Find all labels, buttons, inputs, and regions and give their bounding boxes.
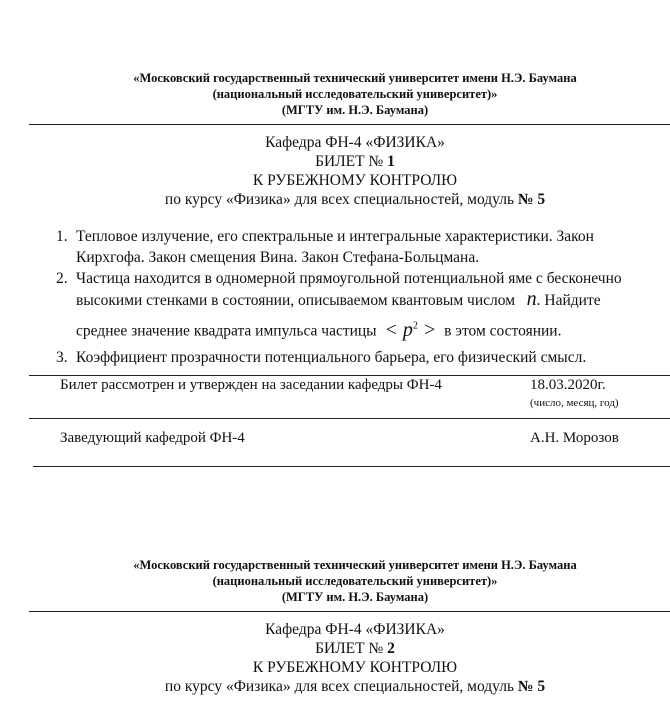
question-text-line: Тепловое излучение, его спектральные и и… — [76, 226, 656, 247]
approval-statement: Билет рассмотрен и утвержден на заседани… — [60, 377, 442, 394]
question-number: 1. — [56, 226, 68, 247]
math-close: > — [418, 319, 437, 341]
head-of-department-title: Заведующий кафедрой ФН-4 — [60, 430, 245, 447]
question-1: 1. Тепловое излучение, его спектральные … — [56, 226, 656, 268]
ticket-prefix: БИЛЕТ № — [315, 153, 387, 170]
course-prefix: по курсу «Физика» для всех специальносте… — [165, 678, 518, 695]
header-divider — [29, 611, 670, 612]
signature-divider — [33, 466, 670, 467]
question-text-line: Коэффициент прозрачности потенциального … — [76, 347, 656, 368]
question-list: 1. Тепловое излучение, его спектральные … — [56, 226, 656, 368]
university-header: «Московский государственный технический … — [0, 70, 670, 118]
question-text-line: среднее значение квадрата импульса части… — [76, 311, 656, 347]
question-3: 3. Коэффициент прозрачности потенциально… — [56, 347, 656, 368]
module-number: № 5 — [518, 191, 545, 208]
question-text-line: высокими стенками в состоянии, описываем… — [76, 289, 656, 311]
math-variable-n: n — [527, 288, 537, 310]
control-title: К РУБЕЖНОМУ КОНТРОЛЮ — [40, 658, 670, 677]
university-header: «Московский государственный технический … — [0, 557, 670, 605]
approval-divider-top — [29, 375, 670, 376]
text-fragment: . Найдите — [537, 292, 601, 309]
university-name-line: «Московский государственный технический … — [40, 70, 670, 86]
ticket-heading: Кафедра ФН-4 «ФИЗИКА» БИЛЕТ № 1 К РУБЕЖН… — [0, 133, 670, 209]
module-number: № 5 — [518, 678, 545, 695]
date-format-hint: (число, месяц, год) — [530, 397, 619, 409]
ticket-number: 1 — [387, 153, 395, 170]
ticket-title: БИЛЕТ № 1 — [40, 152, 670, 171]
text-fragment: высокими стенками в состоянии, описываем… — [76, 292, 515, 309]
text-fragment: в этом состоянии. — [444, 323, 561, 340]
text-fragment: среднее значение квадрата импульса части… — [76, 323, 377, 340]
math-base: < p — [384, 319, 413, 341]
approval-date: 18.03.2020г. — [530, 377, 606, 394]
math-expression-p-squared: < p2 > — [384, 319, 436, 341]
university-status-line: (национальный исследовательский универси… — [40, 86, 670, 102]
department-name: Кафедра ФН-4 «ФИЗИКА» — [40, 133, 670, 152]
question-text-line: Кирхгофа. Закон смещения Вина. Закон Сте… — [76, 247, 656, 268]
question-number: 2. — [56, 268, 68, 289]
course-line: по курсу «Физика» для всех специальносте… — [40, 677, 670, 696]
approval-divider-bottom — [29, 418, 670, 419]
ticket-number: 2 — [387, 640, 395, 657]
ticket-title: БИЛЕТ № 2 — [40, 639, 670, 658]
question-number: 3. — [56, 347, 68, 368]
course-prefix: по курсу «Физика» для всех специальносте… — [165, 191, 518, 208]
head-of-department-name: А.Н. Морозов — [530, 430, 619, 447]
university-abbrev-line: (МГТУ им. Н.Э. Баумана) — [40, 589, 670, 605]
ticket-heading: Кафедра ФН-4 «ФИЗИКА» БИЛЕТ № 2 К РУБЕЖН… — [0, 620, 670, 696]
question-2: 2. Частица находится в одномерной прямоу… — [56, 268, 656, 347]
university-abbrev-line: (МГТУ им. Н.Э. Баумана) — [40, 102, 670, 118]
control-title: К РУБЕЖНОМУ КОНТРОЛЮ — [40, 171, 670, 190]
course-line: по курсу «Физика» для всех специальносте… — [40, 190, 670, 209]
header-divider — [29, 124, 670, 125]
university-status-line: (национальный исследовательский универси… — [40, 573, 670, 589]
university-name-line: «Московский государственный технический … — [40, 557, 670, 573]
department-name: Кафедра ФН-4 «ФИЗИКА» — [40, 620, 670, 639]
question-text-line: Частица находится в одномерной прямоугол… — [76, 268, 656, 289]
ticket-prefix: БИЛЕТ № — [315, 640, 387, 657]
